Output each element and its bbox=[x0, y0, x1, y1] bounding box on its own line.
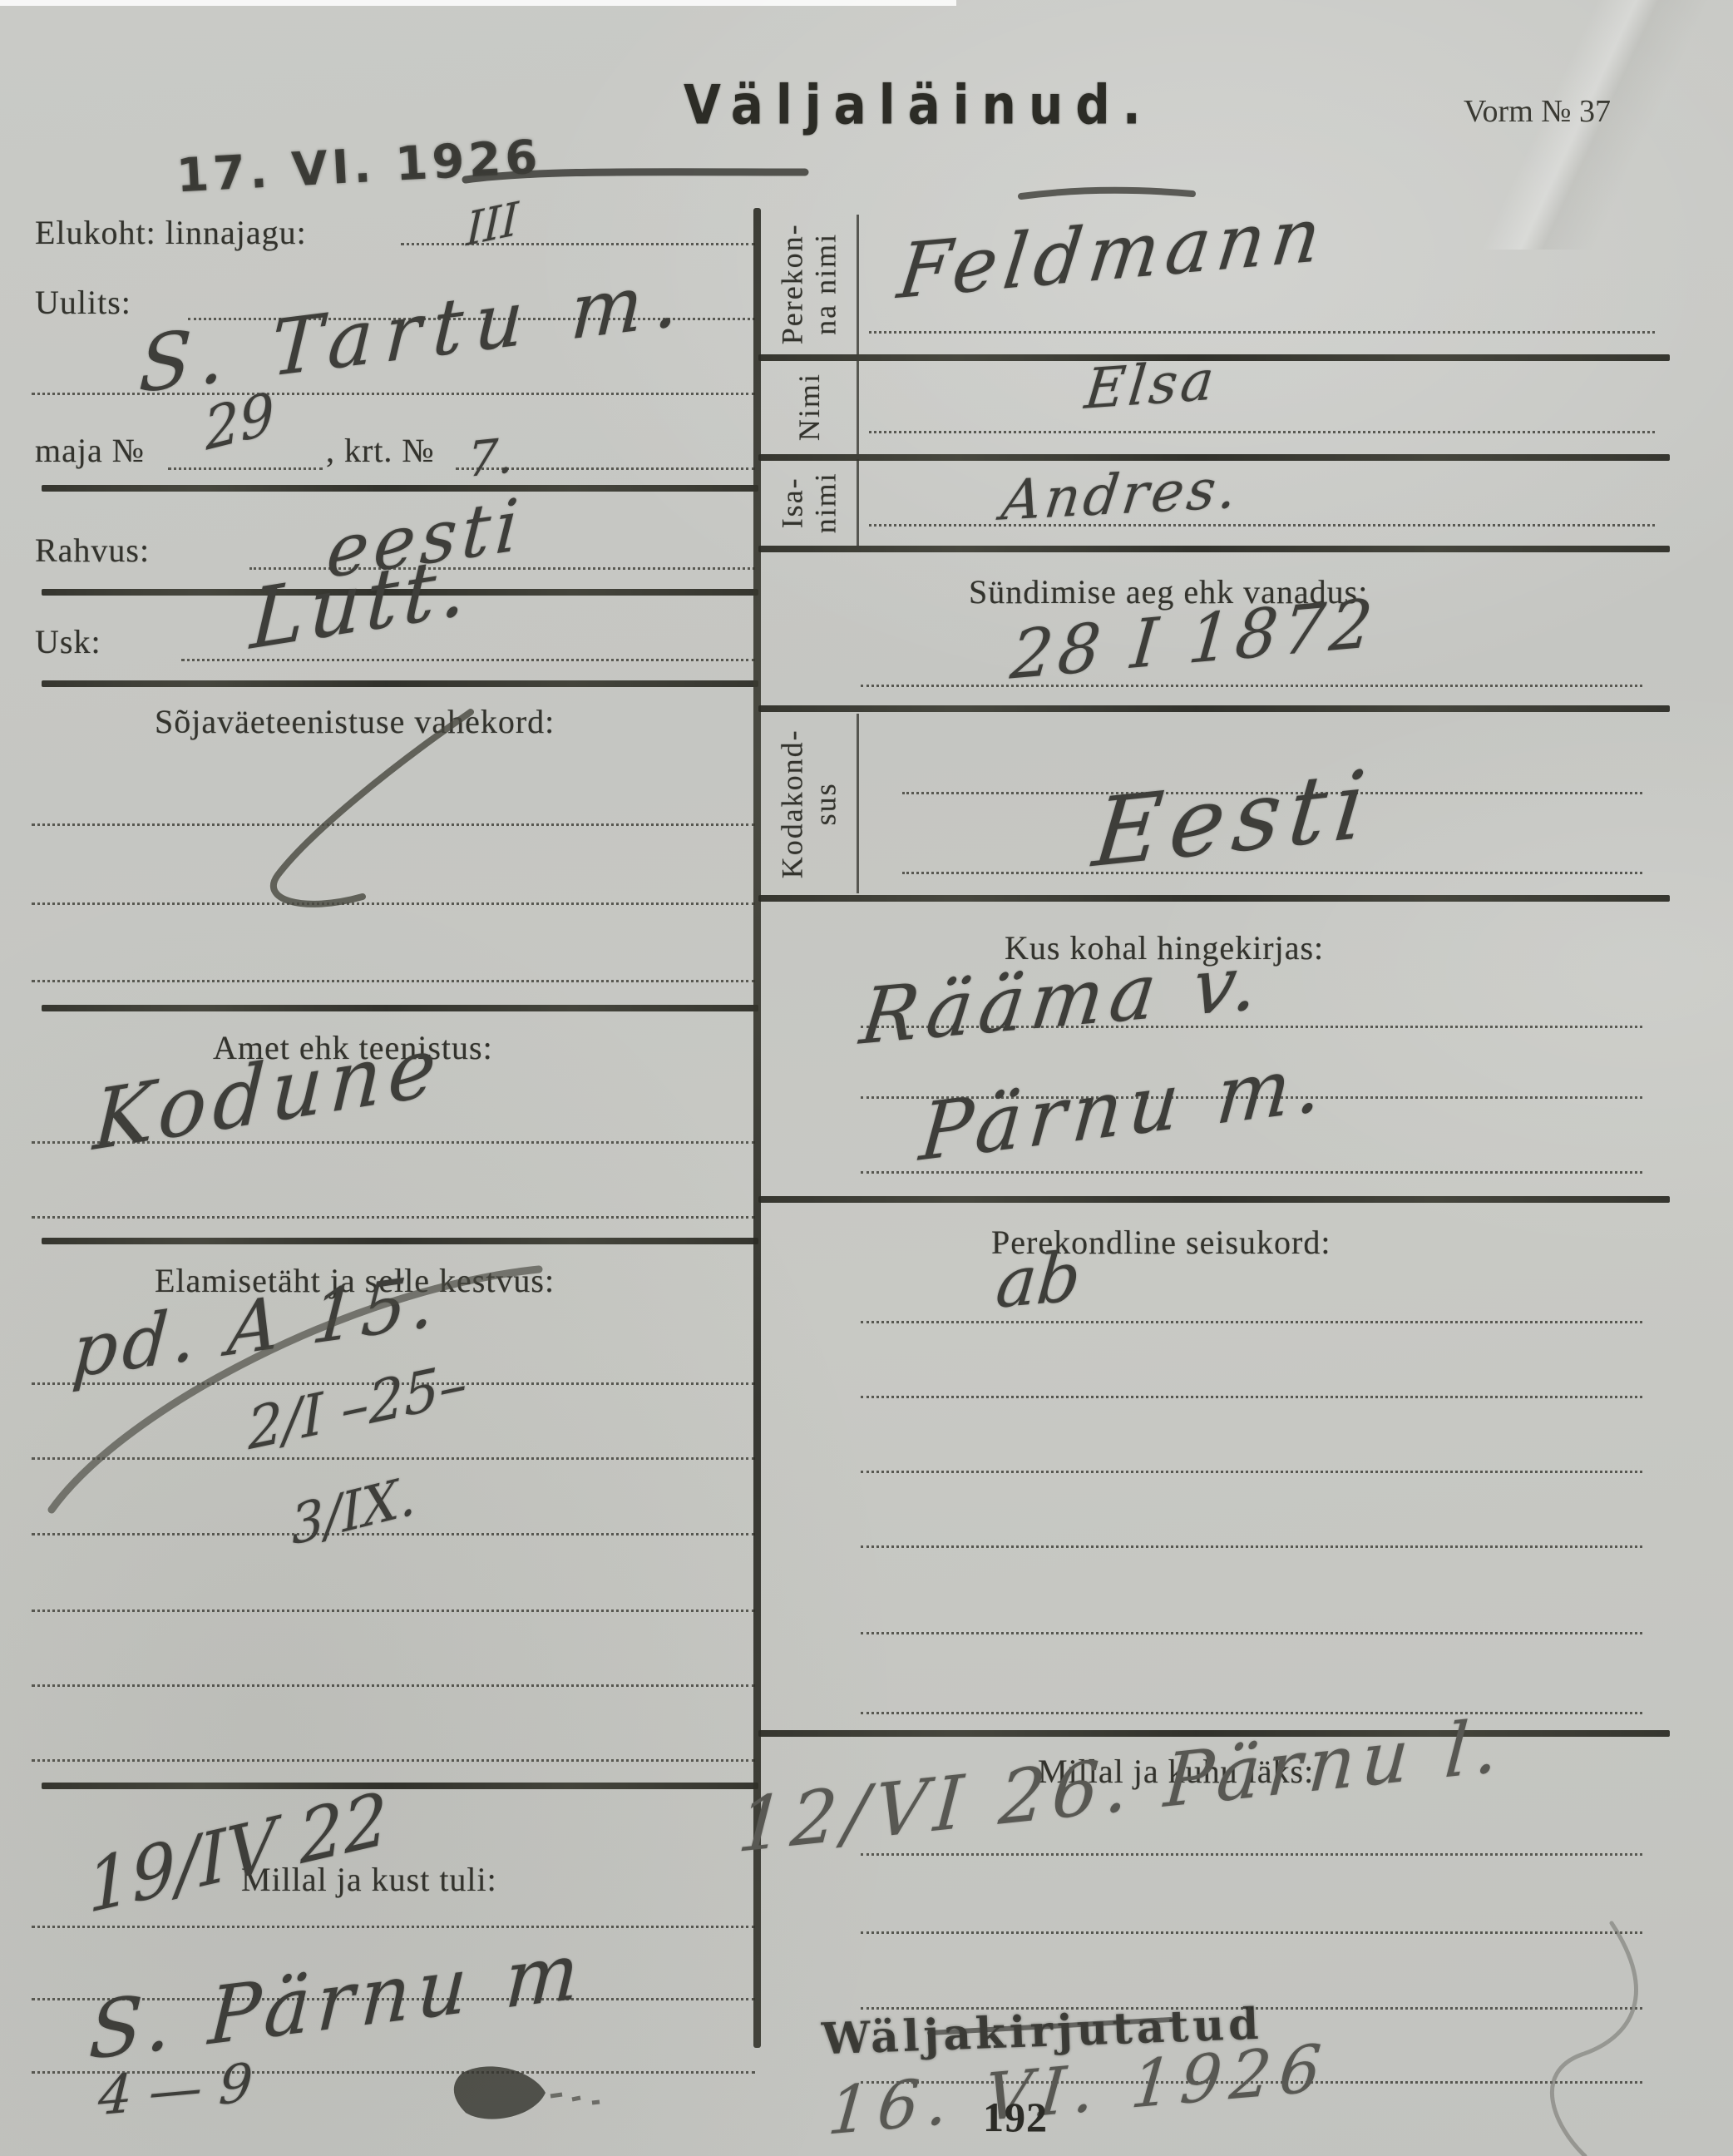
dotted-line bbox=[869, 431, 1655, 433]
signature-flourish bbox=[1552, 1923, 1636, 2156]
dotted-line bbox=[861, 1471, 1642, 1473]
dotted-line bbox=[861, 685, 1642, 687]
received-date-stamp: 17. VI. 1926 bbox=[175, 131, 543, 204]
label-strip-border bbox=[857, 714, 859, 893]
label-strip-border bbox=[857, 459, 859, 546]
rule-thick bbox=[758, 895, 1670, 902]
vertical-label-nimi: Nimi bbox=[763, 359, 855, 454]
dotted-line bbox=[32, 1684, 755, 1687]
dotted-line bbox=[401, 243, 755, 245]
handwriting-tuli-place: S. Pärnu m bbox=[86, 1926, 587, 2079]
dotted-line bbox=[32, 1457, 755, 1460]
year-print: 192 bbox=[983, 2093, 1048, 2141]
dotted-line bbox=[861, 1321, 1642, 1323]
label-strip-border bbox=[857, 361, 859, 454]
field-label-usk: Usk: bbox=[35, 622, 101, 661]
vertical-label-perekonnanimi: Perekon-na nimi bbox=[763, 212, 855, 355]
vertical-label-kodakondsus: Kodakond-sus bbox=[763, 714, 855, 893]
dotted-line bbox=[32, 1533, 755, 1535]
dotted-line bbox=[902, 872, 1642, 874]
dotted-line bbox=[869, 331, 1655, 334]
form-title: Väljaläinud. bbox=[684, 73, 1153, 136]
dotted-line bbox=[861, 1632, 1642, 1634]
column-divider bbox=[753, 208, 761, 2048]
dash-stroke-above-name bbox=[1021, 190, 1192, 196]
form-number: Vorm № 37 bbox=[1464, 93, 1611, 130]
handwriting-hingekirjas-1: Rääma v. bbox=[856, 937, 1270, 1062]
dotted-line bbox=[32, 980, 755, 982]
label-strip-border bbox=[857, 215, 859, 354]
handwriting-perekonnanimi: Feldmann bbox=[893, 190, 1331, 317]
dotted-line bbox=[168, 467, 323, 470]
dotted-line bbox=[869, 524, 1655, 527]
dotted-line bbox=[861, 1396, 1642, 1398]
scan-edge-top bbox=[0, 0, 956, 6]
handwriting-tuli-date: 19/IV 22 bbox=[85, 1777, 390, 1931]
vertical-label-isanimi: Isa-nimi bbox=[763, 459, 855, 546]
dotted-line bbox=[861, 1545, 1642, 1548]
handwriting-elamisetaht-3: 3/IX. bbox=[289, 1465, 417, 1558]
dotted-line bbox=[861, 1853, 1642, 1856]
handwriting-nimi: Elsa bbox=[1082, 348, 1220, 422]
ink-blot-trail bbox=[551, 2094, 600, 2103]
dotted-line bbox=[861, 1712, 1642, 1714]
handwriting-seisukord: ab bbox=[993, 1237, 1084, 1324]
rule-thick bbox=[758, 705, 1670, 712]
handwriting-uulits: S. Tartu m. bbox=[137, 253, 693, 411]
rule-thick bbox=[42, 680, 758, 687]
dotted-line bbox=[32, 1610, 755, 1612]
dotted-line bbox=[32, 902, 755, 905]
rule-thick bbox=[42, 485, 758, 492]
rule-thick bbox=[758, 1196, 1670, 1203]
handwriting-laks: 12/VI 26. Pärnu l. bbox=[735, 1702, 1508, 1869]
field-label-rahvus: Rahvus: bbox=[35, 531, 150, 570]
rule-thick bbox=[758, 546, 1670, 552]
handwriting-linnajagu: III bbox=[466, 191, 520, 256]
handwriting-isanimi: Andres. bbox=[998, 456, 1243, 533]
dotted-line bbox=[32, 1759, 755, 1762]
rule-thick bbox=[42, 1005, 758, 1011]
section-label-sojavaeteenistus: Sõjaväeteenistuse vahekord: bbox=[155, 702, 555, 741]
handwriting-kodakondsus: Eesti bbox=[1089, 749, 1378, 888]
scanned-form-valjalainud: 17. VI. 1926 Väljaläinud. Vorm № 37 Eluk… bbox=[0, 0, 1733, 2156]
ink-blot bbox=[454, 2066, 546, 2119]
handwriting-tuli-extra: 4 — 9 bbox=[96, 2053, 254, 2129]
rule-thick bbox=[42, 1238, 758, 1244]
field-label-krt-nr: , krt. № bbox=[326, 431, 435, 470]
handwriting-krt-nr: 7. bbox=[467, 427, 514, 488]
handwriting-elamisetaht-2: 2/I –25– bbox=[247, 1350, 468, 1463]
field-label-elukoht: Elukoht: linnajagu: bbox=[35, 213, 307, 252]
field-label-maja-nr: maja № bbox=[35, 431, 145, 470]
dotted-line bbox=[32, 1216, 755, 1219]
dotted-line bbox=[861, 1931, 1642, 1934]
field-label-uulits: Uulits: bbox=[35, 283, 131, 322]
handwriting-usk: Lutt. bbox=[249, 537, 474, 669]
handwriting-hingekirjas-2: Pärnu m. bbox=[916, 1037, 1332, 1179]
dotted-line bbox=[32, 1926, 755, 1928]
dotted-line bbox=[32, 823, 755, 826]
rule-thick bbox=[42, 1783, 758, 1789]
